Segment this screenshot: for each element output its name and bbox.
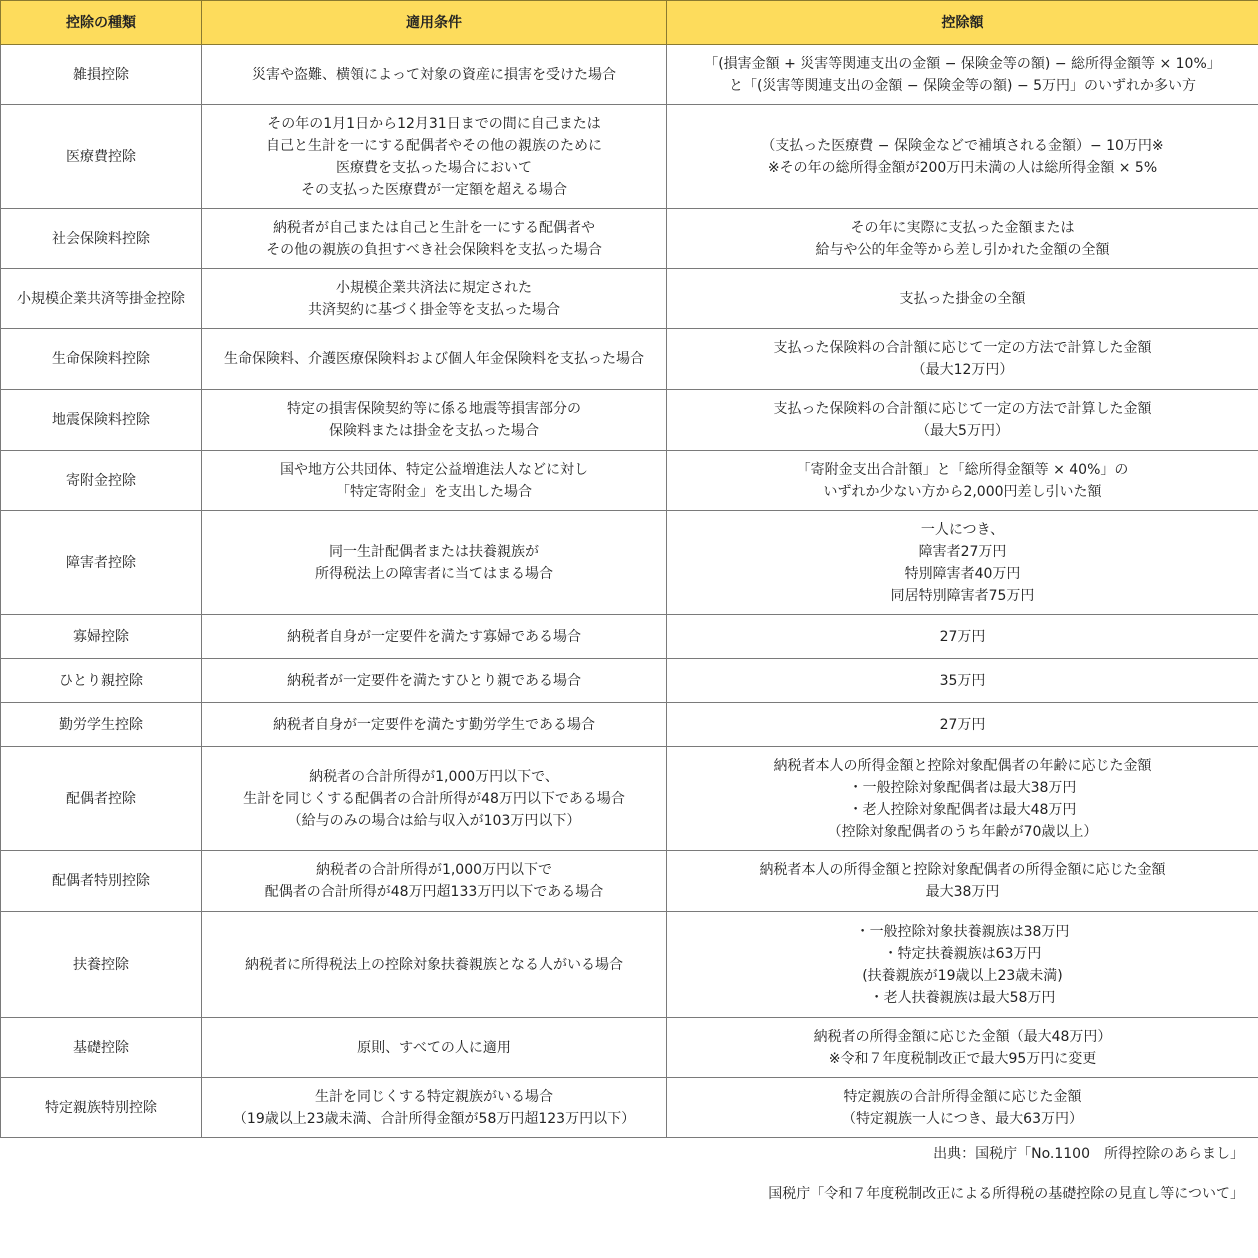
condition-line: （19歳以上23歳未満、合計所得金額が58万円超123万円以下） — [208, 1108, 660, 1130]
condition-line: 生計を同じくする配偶者の合計所得が48万円以下である場合 — [208, 788, 660, 810]
amount-cell: 納税者本人の所得金額と控除対象配偶者の年齢に応じた金額・一般控除対象配偶者は最大… — [667, 747, 1258, 851]
amount-line: と「(災害等関連支出の金額 − 保険金等の額) − 5万円」のいずれか多い方 — [673, 75, 1252, 97]
amount-line: 同居特別障害者75万円 — [673, 585, 1252, 607]
table-row: 生命保険料控除生命保険料、介護医療保険料および個人年金保険料を支払った場合支払っ… — [1, 329, 1258, 390]
condition-line: 生計を同じくする特定親族がいる場合 — [208, 1086, 660, 1108]
amount-line: 特定親族の合計所得金額に応じた金額 — [673, 1086, 1252, 1108]
table-row: 配偶者控除納税者の合計所得が1,000万円以下で、生計を同じくする配偶者の合計所… — [1, 747, 1258, 851]
condition-line: 生命保険料、介護医療保険料および個人年金保険料を支払った場合 — [208, 348, 660, 370]
amount-line: 納税者の所得金額に応じた金額（最大48万円） — [673, 1026, 1252, 1048]
amount-cell: ・一般控除対象扶養親族は38万円・特定扶養親族は63万円(扶養親族が19歳以上2… — [667, 912, 1258, 1018]
amount-line: その年に実際に支払った金額または — [673, 217, 1252, 239]
condition-cell: 小規模企業共済法に規定された共済契約に基づく掛金等を支払った場合 — [202, 269, 667, 329]
table-row: 小規模企業共済等掛金控除小規模企業共済法に規定された共済契約に基づく掛金等を支払… — [1, 269, 1258, 329]
amount-line: 27万円 — [673, 626, 1252, 648]
amount-line: ・特定扶養親族は63万円 — [673, 943, 1252, 965]
table-row: 社会保険料控除納税者が自己または自己と生計を一にする配偶者やその他の親族の負担す… — [1, 209, 1258, 269]
amount-line: （支払った医療費 − 保険金などで補填される金額）− 10万円※ — [673, 135, 1252, 157]
condition-line: 納税者が一定要件を満たすひとり親である場合 — [208, 670, 660, 692]
table-row: 地震保険料控除特定の損害保険契約等に係る地震等損害部分の保険料または掛金を支払っ… — [1, 390, 1258, 451]
amount-cell: 納税者の所得金額に応じた金額（最大48万円）※令和７年度税制改正で最大95万円に… — [667, 1018, 1258, 1078]
table-header-row: 控除の種類 適用条件 控除額 — [1, 1, 1258, 45]
table-row: 基礎控除原則、すべての人に適用納税者の所得金額に応じた金額（最大48万円）※令和… — [1, 1018, 1258, 1078]
condition-line: 共済契約に基づく掛金等を支払った場合 — [208, 299, 660, 321]
amount-line: 給与や公的年金等から差し引かれた金額の全額 — [673, 239, 1252, 261]
condition-line: 小規模企業共済法に規定された — [208, 277, 660, 299]
condition-line: 「特定寄附金」を支出した場合 — [208, 481, 660, 503]
condition-cell: 納税者に所得税法上の控除対象扶養親族となる人がいる場合 — [202, 912, 667, 1018]
source-citation-2: 国税庁「令和７年度税制改正による所得税の基礎控除の見直し等について」 — [768, 1183, 1244, 1203]
amount-line: いずれか少ない方から2,000円差し引いた額 — [673, 481, 1252, 503]
amount-cell: 「(損害金額 + 災害等関連支出の金額 − 保険金等の額) − 総所得金額等 ×… — [667, 45, 1258, 105]
table-row: 配偶者特別控除納税者の合計所得が1,000万円以下で配偶者の合計所得が48万円超… — [1, 851, 1258, 912]
condition-cell: その年の1月1日から12月31日までの間に自己または自己と生計を一にする配偶者や… — [202, 105, 667, 209]
amount-cell: その年に実際に支払った金額または給与や公的年金等から差し引かれた金額の全額 — [667, 209, 1258, 269]
table-row: 雑損控除災害や盗難、横領によって対象の資産に損害を受けた場合「(損害金額 + 災… — [1, 45, 1258, 105]
condition-line: 納税者の合計所得が1,000万円以下で、 — [208, 766, 660, 788]
deduction-type-cell: 扶養控除 — [1, 912, 202, 1018]
condition-cell: 納税者の合計所得が1,000万円以下で配偶者の合計所得が48万円超133万円以下… — [202, 851, 667, 912]
amount-cell: 特定親族の合計所得金額に応じた金額（特定親族一人につき、最大63万円） — [667, 1078, 1258, 1138]
amount-cell: 支払った保険料の合計額に応じて一定の方法で計算した金額（最大12万円） — [667, 329, 1258, 390]
condition-cell: 同一生計配偶者または扶養親族が所得税法上の障害者に当てはまる場合 — [202, 511, 667, 615]
deduction-type-cell: 寄附金控除 — [1, 451, 202, 511]
condition-line: 所得税法上の障害者に当てはまる場合 — [208, 563, 660, 585]
amount-line: 一人につき、 — [673, 519, 1252, 541]
amount-line: 納税者本人の所得金額と控除対象配偶者の年齢に応じた金額 — [673, 755, 1252, 777]
table-row: 医療費控除その年の1月1日から12月31日までの間に自己または自己と生計を一にす… — [1, 105, 1258, 209]
condition-line: その年の1月1日から12月31日までの間に自己または — [208, 113, 660, 135]
condition-line: 医療費を支払った場合において — [208, 157, 660, 179]
deduction-type-cell: 勤労学生控除 — [1, 703, 202, 747]
amount-line: 支払った保険料の合計額に応じて一定の方法で計算した金額 — [673, 398, 1252, 420]
amount-line: ・老人扶養親族は最大58万円 — [673, 987, 1252, 1009]
condition-cell: 納税者が一定要件を満たすひとり親である場合 — [202, 659, 667, 703]
amount-cell: 35万円 — [667, 659, 1258, 703]
header-deduction-type: 控除の種類 — [1, 1, 202, 45]
amount-line: 35万円 — [673, 670, 1252, 692]
amount-line: 「(損害金額 + 災害等関連支出の金額 − 保険金等の額) − 総所得金額等 ×… — [673, 53, 1252, 75]
condition-line: 配偶者の合計所得が48万円超133万円以下である場合 — [208, 881, 660, 903]
deduction-type-cell: 小規模企業共済等掛金控除 — [1, 269, 202, 329]
condition-line: 同一生計配偶者または扶養親族が — [208, 541, 660, 563]
amount-line: 27万円 — [673, 714, 1252, 736]
condition-line: その他の親族の負担すべき社会保険料を支払った場合 — [208, 239, 660, 261]
deduction-type-cell: 地震保険料控除 — [1, 390, 202, 451]
condition-cell: 納税者自身が一定要件を満たす寡婦である場合 — [202, 615, 667, 659]
amount-cell: 「寄附金支出合計額」と「総所得金額等 × 40%」のいずれか少ない方から2,00… — [667, 451, 1258, 511]
amount-line: （最大5万円） — [673, 420, 1252, 442]
condition-line: （給与のみの場合は給与収入が103万円以下） — [208, 810, 660, 832]
condition-cell: 生命保険料、介護医療保険料および個人年金保険料を支払った場合 — [202, 329, 667, 390]
amount-line: ※令和７年度税制改正で最大95万円に変更 — [673, 1048, 1252, 1070]
condition-line: 保険料または掛金を支払った場合 — [208, 420, 660, 442]
amount-cell: 27万円 — [667, 703, 1258, 747]
table-body: 雑損控除災害や盗難、横領によって対象の資産に損害を受けた場合「(損害金額 + 災… — [1, 45, 1258, 1138]
amount-line: ※その年の総所得金額が200万円未満の人は総所得金額 × 5% — [673, 157, 1252, 179]
amount-line: 支払った保険料の合計額に応じて一定の方法で計算した金額 — [673, 337, 1252, 359]
deduction-type-cell: 生命保険料控除 — [1, 329, 202, 390]
amount-line: ・一般控除対象扶養親族は38万円 — [673, 921, 1252, 943]
amount-line: 特別障害者40万円 — [673, 563, 1252, 585]
table-row: 障害者控除同一生計配偶者または扶養親族が所得税法上の障害者に当てはまる場合一人に… — [1, 511, 1258, 615]
header-conditions: 適用条件 — [202, 1, 667, 45]
condition-cell: 納税者自身が一定要件を満たす勤労学生である場合 — [202, 703, 667, 747]
table-row: 勤労学生控除納税者自身が一定要件を満たす勤労学生である場合27万円 — [1, 703, 1258, 747]
condition-cell: 特定の損害保険契約等に係る地震等損害部分の保険料または掛金を支払った場合 — [202, 390, 667, 451]
condition-line: 災害や盗難、横領によって対象の資産に損害を受けた場合 — [208, 64, 660, 86]
deduction-type-cell: ひとり親控除 — [1, 659, 202, 703]
deduction-type-cell: 特定親族特別控除 — [1, 1078, 202, 1138]
condition-line: 自己と生計を一にする配偶者やその他の親族のために — [208, 135, 660, 157]
table-row: 特定親族特別控除生計を同じくする特定親族がいる場合（19歳以上23歳未満、合計所… — [1, 1078, 1258, 1138]
amount-line: (扶養親族が19歳以上23歳未満) — [673, 965, 1252, 987]
amount-cell: 一人につき、障害者27万円特別障害者40万円同居特別障害者75万円 — [667, 511, 1258, 615]
amount-line: （特定親族一人につき、最大63万円） — [673, 1108, 1252, 1130]
condition-line: 納税者に所得税法上の控除対象扶養親族となる人がいる場合 — [208, 954, 660, 976]
condition-line: 納税者自身が一定要件を満たす勤労学生である場合 — [208, 714, 660, 736]
condition-cell: 原則、すべての人に適用 — [202, 1018, 667, 1078]
condition-cell: 災害や盗難、横領によって対象の資産に損害を受けた場合 — [202, 45, 667, 105]
deduction-type-cell: 雑損控除 — [1, 45, 202, 105]
amount-cell: 支払った保険料の合計額に応じて一定の方法で計算した金額（最大5万円） — [667, 390, 1258, 451]
deduction-type-cell: 障害者控除 — [1, 511, 202, 615]
condition-line: 原則、すべての人に適用 — [208, 1037, 660, 1059]
amount-line: 納税者本人の所得金額と控除対象配偶者の所得金額に応じた金額 — [673, 859, 1252, 881]
condition-line: その支払った医療費が一定額を超える場合 — [208, 179, 660, 201]
deduction-type-cell: 基礎控除 — [1, 1018, 202, 1078]
source-citation-1: 出典：国税庁「No.1100 所得控除のあらまし」 — [933, 1143, 1244, 1163]
deduction-type-cell: 寡婦控除 — [1, 615, 202, 659]
deduction-type-cell: 医療費控除 — [1, 105, 202, 209]
table-row: 寄附金控除国や地方公共団体、特定公益増進法人などに対し「特定寄附金」を支出した場… — [1, 451, 1258, 511]
condition-line: 納税者が自己または自己と生計を一にする配偶者や — [208, 217, 660, 239]
table-row: 扶養控除納税者に所得税法上の控除対象扶養親族となる人がいる場合・一般控除対象扶養… — [1, 912, 1258, 1018]
condition-line: 国や地方公共団体、特定公益増進法人などに対し — [208, 459, 660, 481]
condition-line: 納税者自身が一定要件を満たす寡婦である場合 — [208, 626, 660, 648]
table-row: ひとり親控除納税者が一定要件を満たすひとり親である場合35万円 — [1, 659, 1258, 703]
amount-cell: 納税者本人の所得金額と控除対象配偶者の所得金額に応じた金額最大38万円 — [667, 851, 1258, 912]
deduction-type-cell: 社会保険料控除 — [1, 209, 202, 269]
amount-line: （最大12万円） — [673, 359, 1252, 381]
amount-line: 「寄附金支出合計額」と「総所得金額等 × 40%」の — [673, 459, 1252, 481]
amount-line: ・老人控除対象配偶者は最大48万円 — [673, 799, 1252, 821]
amount-line: ・一般控除対象配偶者は最大38万円 — [673, 777, 1252, 799]
amount-cell: （支払った医療費 − 保険金などで補填される金額）− 10万円※※その年の総所得… — [667, 105, 1258, 209]
header-deduction-amount: 控除額 — [667, 1, 1258, 45]
table-row: 寡婦控除納税者自身が一定要件を満たす寡婦である場合27万円 — [1, 615, 1258, 659]
amount-line: 支払った掛金の全額 — [673, 288, 1252, 310]
condition-cell: 生計を同じくする特定親族がいる場合（19歳以上23歳未満、合計所得金額が58万円… — [202, 1078, 667, 1138]
amount-line: （控除対象配偶者のうち年齢が70歳以上） — [673, 821, 1252, 843]
condition-cell: 納税者が自己または自己と生計を一にする配偶者やその他の親族の負担すべき社会保険料… — [202, 209, 667, 269]
amount-line: 最大38万円 — [673, 881, 1252, 903]
amount-cell: 27万円 — [667, 615, 1258, 659]
amount-cell: 支払った掛金の全額 — [667, 269, 1258, 329]
amount-line: 障害者27万円 — [673, 541, 1252, 563]
condition-cell: 納税者の合計所得が1,000万円以下で、生計を同じくする配偶者の合計所得が48万… — [202, 747, 667, 851]
condition-line: 納税者の合計所得が1,000万円以下で — [208, 859, 660, 881]
condition-line: 特定の損害保険契約等に係る地震等損害部分の — [208, 398, 660, 420]
deductions-table: 控除の種類 適用条件 控除額 雑損控除災害や盗難、横領によって対象の資産に損害を… — [0, 0, 1258, 1138]
condition-cell: 国や地方公共団体、特定公益増進法人などに対し「特定寄附金」を支出した場合 — [202, 451, 667, 511]
deduction-type-cell: 配偶者特別控除 — [1, 851, 202, 912]
deduction-type-cell: 配偶者控除 — [1, 747, 202, 851]
